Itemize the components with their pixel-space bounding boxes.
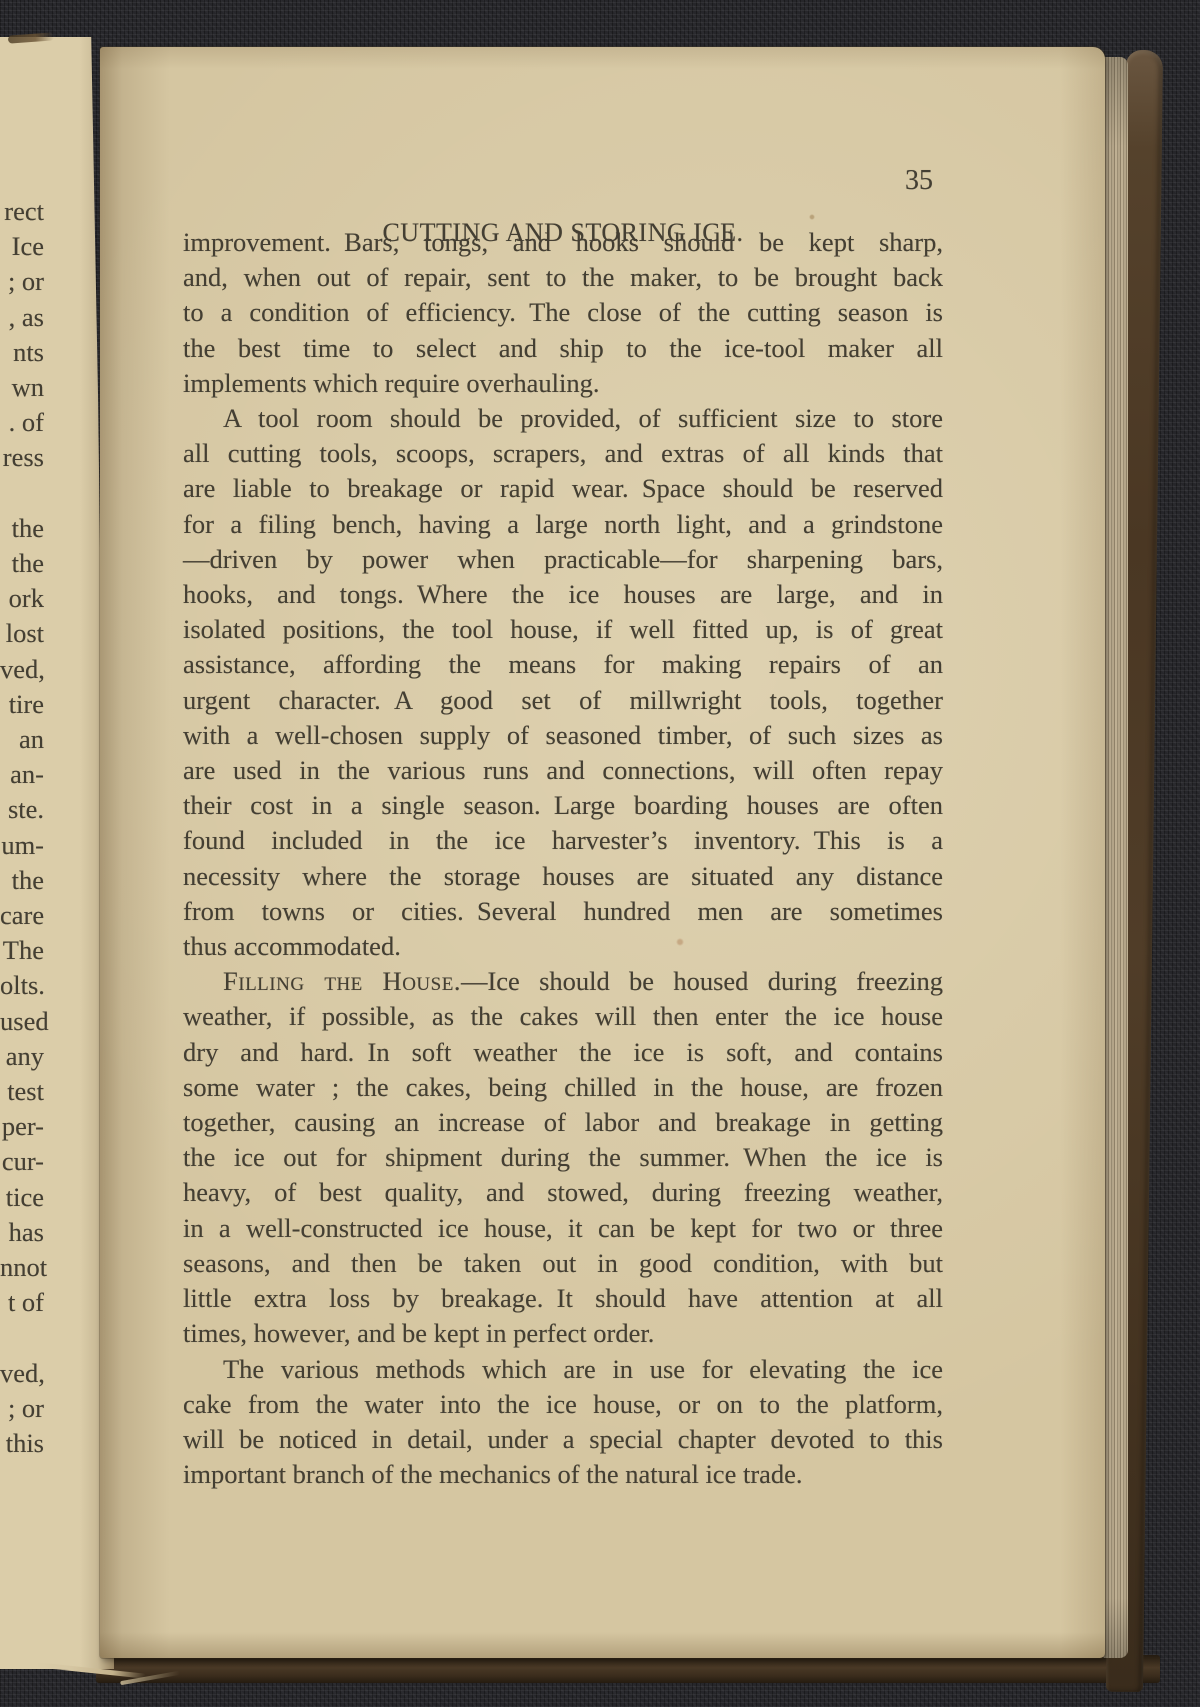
- facing-page-fragment-15: an: [0, 722, 44, 757]
- body-line-24: dry and hard. In soft weather the ice is…: [183, 1035, 943, 1070]
- body-line-18: found included in the ice harvester’s in…: [183, 823, 943, 858]
- body-line-3: to a condition of efficiency. The close …: [183, 295, 943, 330]
- body-line-26: together, causing an increase of labor a…: [183, 1105, 943, 1140]
- facing-page-fragment-5: nts: [0, 335, 44, 370]
- facing-page-fragment-13: ved,: [0, 652, 44, 687]
- body-line-25: some water ; the cakes, being chilled in…: [183, 1070, 943, 1105]
- facing-page-fragment-32: ved,: [0, 1356, 44, 1391]
- facing-page-fragment-24: any: [0, 1039, 44, 1074]
- facing-page-fragment-10: the: [0, 546, 44, 581]
- facing-page-fragment-6: wn: [0, 370, 44, 405]
- facing-page-fragment-7: . of: [0, 405, 44, 440]
- body-line-10: —driven by power when practicable—for sh…: [183, 542, 943, 577]
- facing-page-fragment-28: tice: [0, 1180, 44, 1215]
- body-line-6: A tool room should be provided, of suffi…: [183, 401, 943, 436]
- body-line-36: important branch of the mechanics of the…: [183, 1457, 943, 1492]
- facing-page-fragment-18: um-: [0, 828, 44, 863]
- book-page: CUTTING AND STORING ICE. 35 improvement.…: [100, 47, 1105, 1658]
- facing-page-fragment-25: test: [0, 1074, 44, 1109]
- body-line-23: weather, if possible, as the cakes will …: [183, 999, 943, 1034]
- facing-page-fragment-21: The: [0, 933, 44, 968]
- body-line-1: improvement. Bars, tongs, and hooks shou…: [183, 225, 943, 260]
- facing-page-fragment-33: ; or: [0, 1391, 44, 1426]
- facing-page-fragment-29: has: [0, 1215, 44, 1250]
- body-line-5: implements which require overhauling.: [183, 366, 943, 401]
- body-line-35: will be noticed in detail, under a speci…: [183, 1422, 943, 1457]
- facing-page-fragment-30: nnot: [0, 1250, 44, 1285]
- body-line-34: cake from the water into the ice house, …: [183, 1387, 943, 1422]
- body-line-20: from towns or cities. Several hundred me…: [183, 894, 943, 929]
- facing-page-fragment-12: lost: [0, 616, 44, 651]
- facing-page-fragment-2: Ice: [0, 229, 44, 264]
- facing-page-fragment-9: the: [0, 511, 44, 546]
- facing-page-fragment-27: cur-: [0, 1144, 44, 1179]
- body-line-22: Filling the House.—Ice should be housed …: [183, 964, 943, 999]
- body-line-21: thus accommodated.: [183, 929, 943, 964]
- facing-page-fragment-14: tire: [0, 687, 44, 722]
- facing-page-fragment-1: rect: [0, 194, 44, 229]
- body-line-7: all cutting tools, scoops, scrapers, and…: [183, 436, 943, 471]
- body-text: improvement. Bars, tongs, and hooks shou…: [183, 225, 943, 1492]
- body-line-13: assistance, affording the means for maki…: [183, 647, 943, 682]
- body-line-4: the best time to select and ship to the …: [183, 331, 943, 366]
- facing-page-fragment-23: used: [0, 1004, 44, 1039]
- facing-page-fragment-4: , as: [0, 300, 44, 335]
- small-caps-section-lead: Filling the House.: [223, 966, 461, 996]
- body-line-11: hooks, and tongs. Where the ice houses a…: [183, 577, 943, 612]
- body-line-9: for a filing bench, having a large north…: [183, 507, 943, 542]
- facing-page-fragment-31: t of: [0, 1285, 44, 1320]
- body-line-29: in a well-constructed ice house, it can …: [183, 1211, 943, 1246]
- page-block-fore-edge: [1103, 57, 1128, 1658]
- book-cover-edge-bottom: [96, 1655, 1160, 1683]
- body-line-14: urgent character. A good set of millwrig…: [183, 683, 943, 718]
- facing-page-fragment-11: ork: [0, 581, 44, 616]
- facing-page-fragment-34: this: [0, 1426, 44, 1461]
- body-line-27: the ice out for shipment during the summ…: [183, 1140, 943, 1175]
- facing-page-fragment-26: per-: [0, 1109, 44, 1144]
- body-line-16: are used in the various runs and connect…: [183, 753, 943, 788]
- body-line-8: are liable to breakage or rapid wear. Sp…: [183, 471, 943, 506]
- body-line-28: heavy, of best quality, and stowed, duri…: [183, 1175, 943, 1210]
- body-line-31: little extra loss by breakage. It should…: [183, 1281, 943, 1316]
- facing-page-fragment-8: ress: [0, 440, 44, 475]
- body-line-15: with a well-chosen supply of seasoned ti…: [183, 718, 943, 753]
- facing-page-fragment-22: olts.: [0, 968, 44, 1003]
- facing-page-fragment-20: care: [0, 898, 44, 933]
- body-line-17: their cost in a single season. Large boa…: [183, 788, 943, 823]
- facing-page-fragment-16: an-: [0, 757, 44, 792]
- body-line-2: and, when out of repair, sent to the mak…: [183, 260, 943, 295]
- body-line-19: necessity where the storage houses are s…: [183, 859, 943, 894]
- body-line-12: isolated positions, the tool house, if w…: [183, 612, 943, 647]
- body-line-32: times, however, and be kept in perfect o…: [183, 1316, 943, 1351]
- facing-page-text-fragments: rectIce; or, asntswn. ofressthetheorklos…: [0, 194, 44, 1461]
- facing-page-fragment-17: ste.: [0, 792, 44, 827]
- body-line-33: The various methods which are in use for…: [183, 1352, 943, 1387]
- body-line-30: seasons, and then be taken out in good c…: [183, 1246, 943, 1281]
- facing-page-fragment-19: the: [0, 863, 44, 898]
- facing-page-fragment-3: ; or: [0, 264, 44, 299]
- page-number: 35: [183, 165, 943, 197]
